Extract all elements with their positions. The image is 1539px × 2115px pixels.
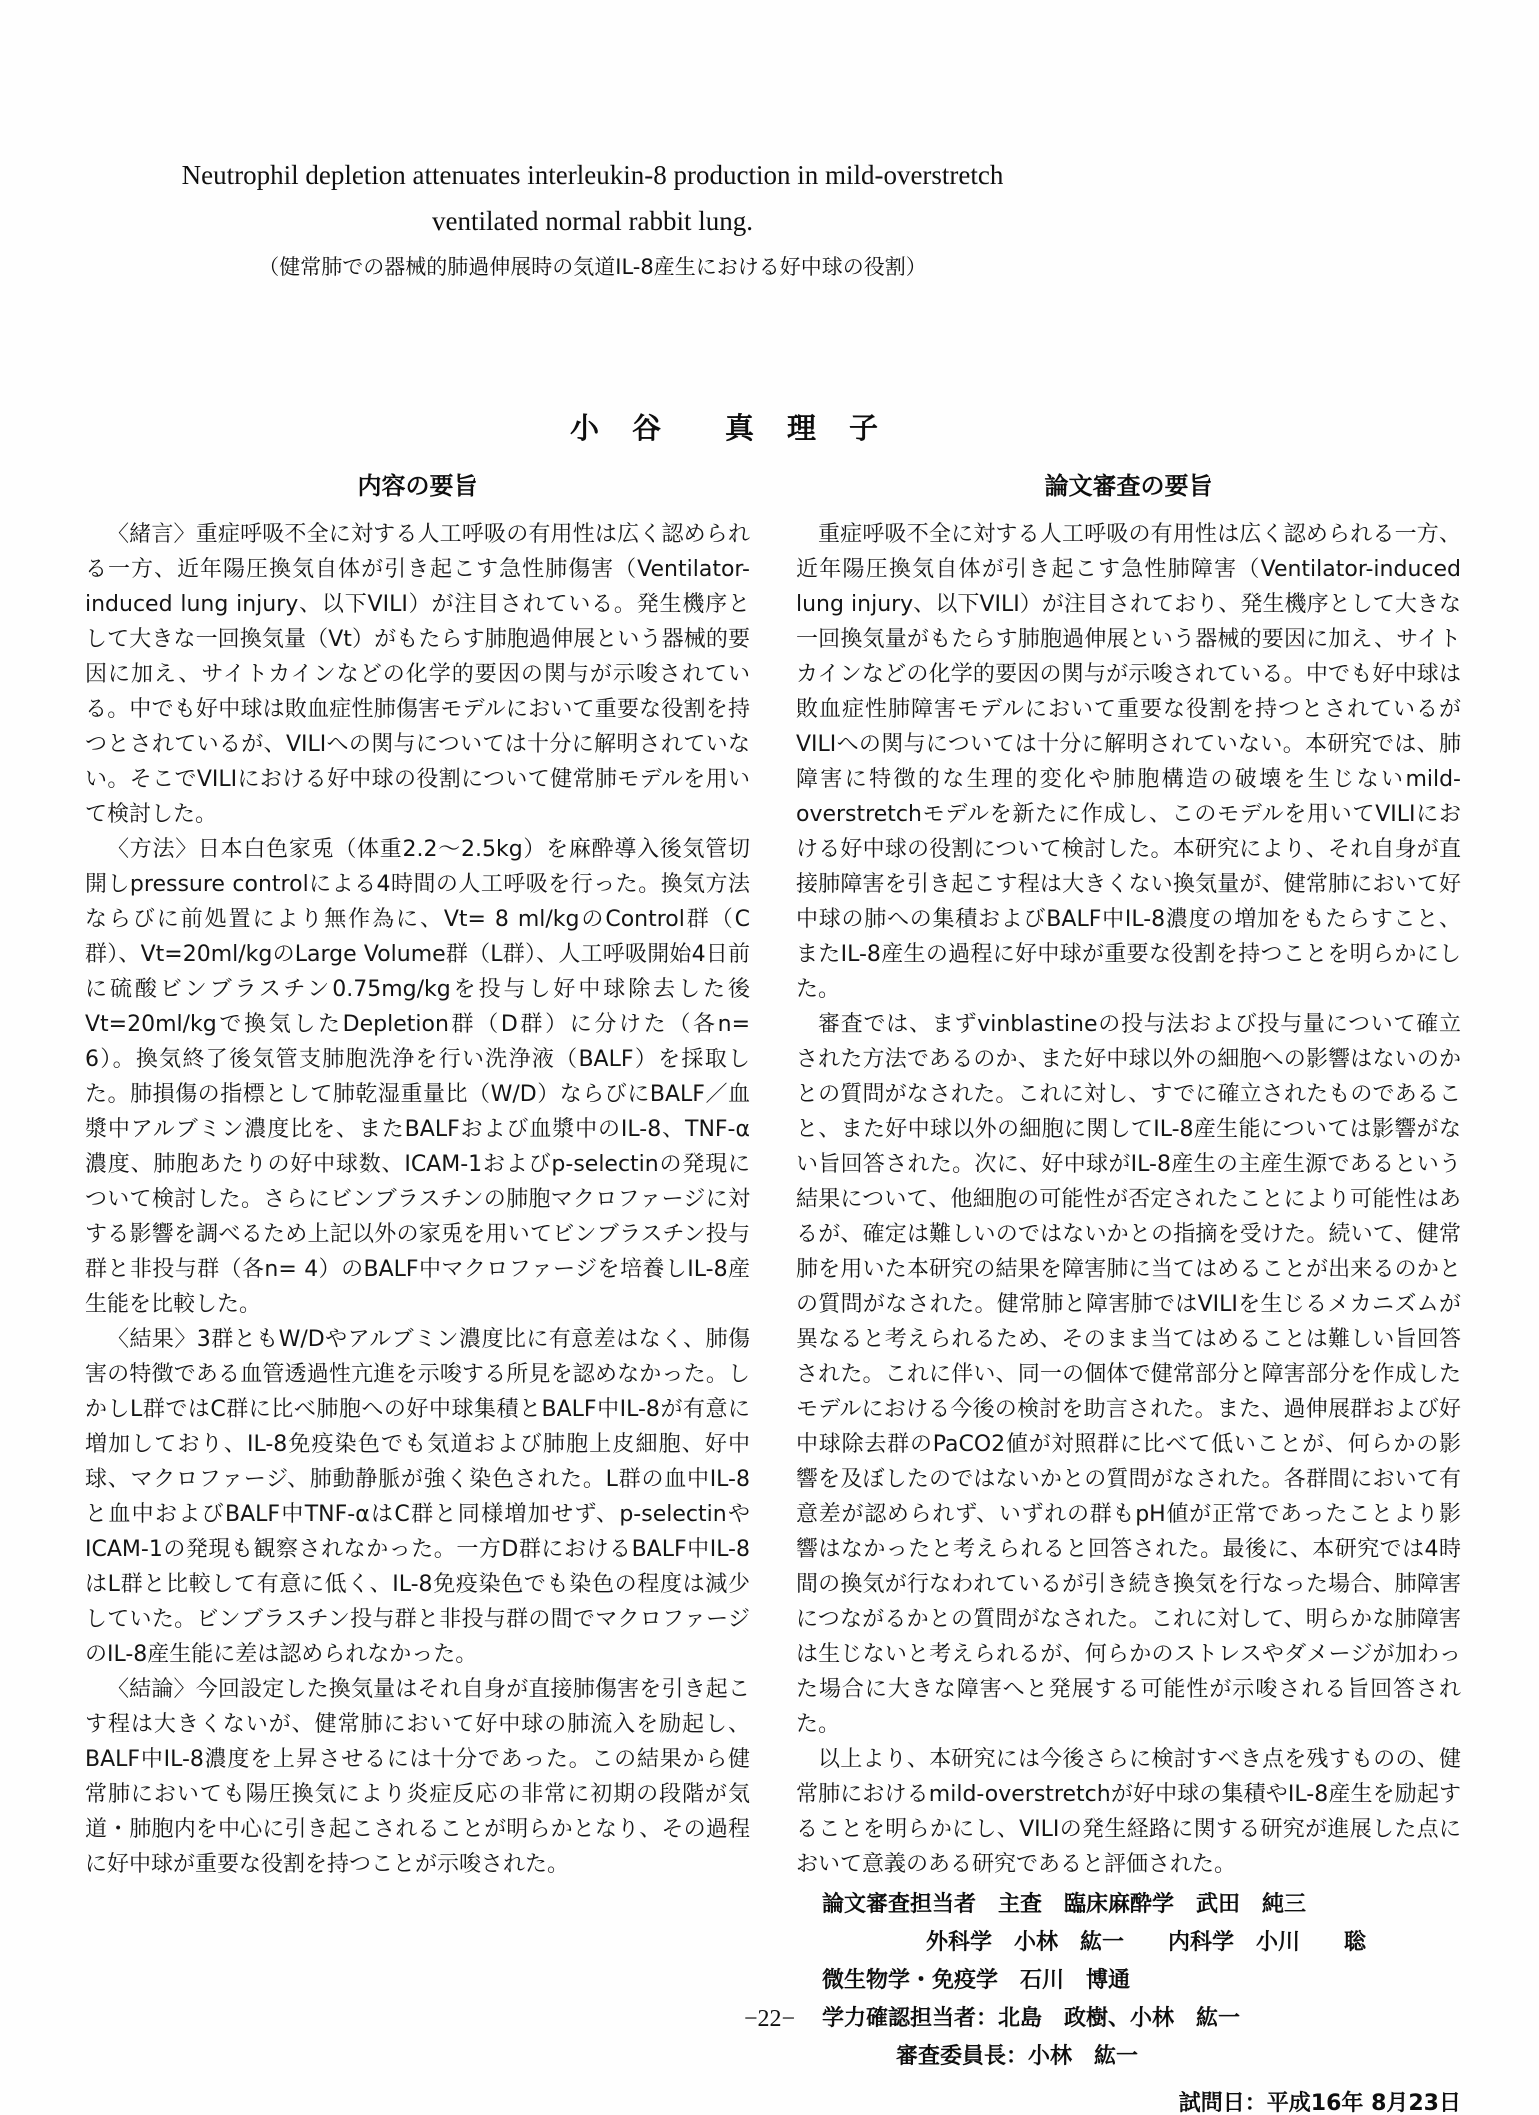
paper-title-english-line1: Neutrophil depletion attenuates interleu…: [0, 152, 1185, 198]
content-summary-heading: 内容の要旨: [85, 466, 750, 501]
review-paragraph-background: 重症呼吸不全に対する人工呼吸の有用性は広く認められる一方、近年陽圧換気自体が引き…: [796, 517, 1461, 1007]
committee-line-microbiology-immunology: 微生物学・免疫学 石川 博通: [796, 1962, 1461, 2000]
abstract-paragraph-introduction: 〈緒言〉重症呼吸不全に対する人工呼吸の有用性は広く認められる一方、近年陽圧換気自…: [85, 517, 750, 832]
committee-line-chief-examiner: 論文審査担当者 主査 臨床麻酔学 武田 純三: [796, 1886, 1461, 1924]
review-paragraph-evaluation: 以上より、本研究には今後さらに検討すべき点を残すものの、健常肺におけるmild-…: [796, 1742, 1461, 1882]
review-paragraph-examination: 審査では、まずvinblastineの投与法および投与量について確立された方法で…: [796, 1007, 1461, 1742]
two-column-body: 内容の要旨 〈緒言〉重症呼吸不全に対する人工呼吸の有用性は広く認められる一方、近…: [85, 466, 1461, 2115]
committee-line-committee-chair: 審査委員長：小林 紘一: [796, 2038, 1461, 2076]
content-summary-column: 内容の要旨 〈緒言〉重症呼吸不全に対する人工呼吸の有用性は広く認められる一方、近…: [85, 466, 750, 2115]
review-summary-heading: 論文審査の要旨: [796, 466, 1461, 501]
paper-title-english: Neutrophil depletion attenuates interleu…: [0, 152, 1185, 244]
abstract-paragraph-conclusion: 〈結論〉今回設定した換気量はそれ自身が直接肺傷害を引き起こす程は大きくないが、健…: [85, 1672, 750, 1882]
paper-title-japanese: （健常肺での器械的肺過伸展時の気道IL-8産生における好中球の役割）: [0, 252, 1185, 282]
page-number: −22−: [0, 2006, 1539, 2033]
title-block: Neutrophil depletion attenuates interleu…: [0, 152, 1185, 282]
thesis-abstract-page: Neutrophil depletion attenuates interleu…: [0, 0, 1539, 2115]
committee-line-surgery-internal-medicine: 外科学 小林 紘一 内科学 小川 聡: [796, 1924, 1461, 1962]
abstract-paragraph-methods: 〈方法〉日本白色家兎（体重2.2～2.5kg）を麻酔導入後気管切開しpressu…: [85, 832, 750, 1322]
review-summary-column: 論文審査の要旨 重症呼吸不全に対する人工呼吸の有用性は広く認められる一方、近年陽…: [796, 466, 1461, 2115]
author-name: 小 谷 真 理 子: [85, 406, 1365, 447]
paper-title-english-line2: ventilated normal rabbit lung.: [0, 198, 1185, 244]
abstract-paragraph-results: 〈結果〉3群ともW/Dやアルブミン濃度比に有意差はなく、肺傷害の特徴である血管透…: [85, 1322, 750, 1672]
exam-date: 試問日：平成16年 8月23日: [796, 2086, 1461, 2115]
committee-block: 論文審査担当者 主査 臨床麻酔学 武田 純三 外科学 小林 紘一 内科学 小川 …: [796, 1886, 1461, 2076]
